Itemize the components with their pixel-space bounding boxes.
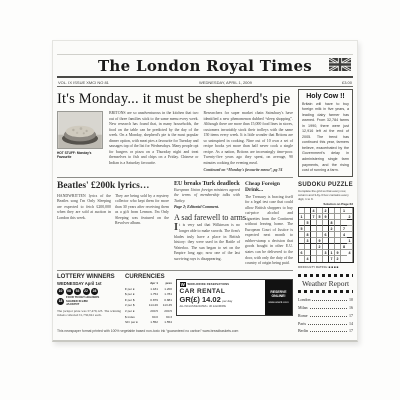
beatles-article: Beatles' £200k lyrics… HANDWRITTEN lyric… <box>57 181 169 267</box>
weather-border-top <box>298 274 353 277</box>
weather-temp: 10 <box>349 296 353 304</box>
weather-dot-leader <box>312 300 347 301</box>
weather-dot-leader <box>310 308 347 309</box>
lottery-ball: 22 <box>83 288 90 295</box>
weather-row: London 10 <box>298 296 353 304</box>
section-divider <box>57 177 293 178</box>
eu-headline: EU breaks Turk deadlock <box>174 181 240 188</box>
sudoku-box: SUDOKU PUZZLE Complete the grid so that … <box>298 182 353 272</box>
ad-logo-icon: W <box>180 282 187 288</box>
shepherds-pie-photo <box>57 111 103 149</box>
weather-dot-leader <box>310 331 347 332</box>
ad-price-unit: per day <box>222 299 232 303</box>
lottery-title: LOTTERY WINNERS <box>57 274 121 280</box>
beatles-column-2: They are being sold by a mystery collect… <box>115 194 169 227</box>
lottery-subtitle: WEDNESDAY April 1st <box>57 280 121 287</box>
lottery-bonus-ball: 18 <box>57 298 64 305</box>
union-jack-flag-icon <box>329 58 351 71</box>
lottery-box: LOTTERY WINNERS WEDNESDAY April 1st 10 0… <box>57 274 121 326</box>
holy-cow-title: Holy Cow !! <box>302 93 349 102</box>
lead-photo: HOT STUFF: Monday's Favourite <box>57 111 104 174</box>
newspaper-page: The London Royal Times VOL. IX ISSUE XMC… <box>52 40 358 342</box>
farewell-headline: A sad farewell to arms <box>174 212 240 224</box>
weather-city: London <box>298 296 310 304</box>
photo-caption: HOT STUFF: Monday's Favourite <box>57 149 104 159</box>
farewell-body: I t is very sad that Wilkinson is no lon… <box>174 223 240 262</box>
date: WEDNESDAY, APRIL 1, 2009 <box>199 80 252 85</box>
ad-title: CAR RENTAL <box>180 288 263 295</box>
price: £3.00 <box>342 80 352 85</box>
ad-price: GR(£) 14.02 <box>180 295 221 304</box>
currency-prev: 1.554 <box>158 320 172 326</box>
sudoku-title: SUDOKU PUZZLE <box>298 182 353 188</box>
ad-reserve-panel: RESERVE ONLINE! www.wwck.com <box>265 280 292 315</box>
eu-article: EU breaks Turk deadlock European Union f… <box>174 181 240 212</box>
lottery-ball: 08 <box>66 288 73 295</box>
ad-url: www.wwck.com <box>268 300 288 304</box>
sudoku-instructions: Complete the grid so that every row, col… <box>298 188 353 202</box>
currency-row: SFr per £ 1.552 1.554 <box>125 320 172 326</box>
farewell-text: t is very sad that Wilkinson is no longe… <box>174 223 240 260</box>
lottery-ball: 53 <box>74 288 81 295</box>
drink-headline: Cheap Foreign Drink... <box>245 181 293 195</box>
ad-small-print: ALL INCLUSIVE RATES • UK & EUROPE <box>180 304 263 308</box>
weather-temp: 17 <box>349 327 353 335</box>
beatles-column-1: HANDWRITTEN lyrics of the Beatles song I… <box>57 194 111 227</box>
weather-title: Weather Report <box>298 279 353 288</box>
weather-border-bottom <box>298 290 353 293</box>
holy-cow-box: Holy Cow !! Britain will have to buy for… <box>298 89 353 177</box>
currencies-title: CURRENCIES <box>125 274 172 282</box>
lead-headline: It's Monday... it must be shepherd's pie <box>57 89 293 111</box>
lottery-body: The jackpot prize was £7,479,123. The wi… <box>57 307 121 318</box>
weather-row: Rome 17 <box>298 312 353 320</box>
weather-row: Berlin 17 <box>298 327 353 335</box>
ad-reserve-text: RESERVE ONLINE! <box>266 290 291 298</box>
weather-city: Berlin <box>298 327 308 335</box>
weather-dot-leader <box>308 324 347 325</box>
farewell-article: A sad farewell to arms I t is very sad t… <box>174 212 240 262</box>
currency-label: SFr per £ <box>125 320 144 326</box>
sudoku-grid: 4 2 1 1 <box>298 207 354 263</box>
section-divider-2 <box>57 270 293 271</box>
eu-page-ref: Page 2; Editorial Comment. <box>174 204 240 212</box>
car-rental-ad: W WORLDWIDE RESERVATIONS CAR RENTAL GR(£… <box>176 279 293 316</box>
lead-column-2-text: Researchers for super market chain Sains… <box>204 111 294 165</box>
weather-city: Paris <box>298 320 306 328</box>
weather-temp: 16 <box>349 304 353 312</box>
lead-column-1: BRITONS are so unadventurous in the kitc… <box>109 111 199 174</box>
weather-temp: 17 <box>349 312 353 320</box>
ad-logo-text: WORLDWIDE RESERVATIONS <box>188 283 230 286</box>
lottery-ball: 10 <box>57 288 64 295</box>
weather-temp: 14 <box>349 320 353 328</box>
weather-rows: London 10 Milan 16 Rome <box>298 295 353 335</box>
weather-row: Paris 14 <box>298 320 353 328</box>
masthead: The London Royal Times <box>57 54 353 78</box>
lottery-ball: 28 <box>91 288 98 295</box>
lead-article: It's Monday... it must be shepherd's pie <box>57 89 293 174</box>
lottery-note: FOUR TICKET-HOLDERS SHARED IN £8M JACKPO… <box>66 296 100 306</box>
beatles-headline: Beatles' £200k lyrics… <box>57 181 169 194</box>
sudoku-cell <box>347 256 353 262</box>
holy-cow-body: Britain will have to buy foreign milk in… <box>302 102 349 174</box>
weather-box: Weather Report London 10 Milan <box>298 274 353 335</box>
drink-article: Cheap Foreign Drink... The Treasury is b… <box>245 181 293 267</box>
issue-info: VOL. IX ISSUE XMCI NO 81 <box>58 80 109 85</box>
weather-city: Milan <box>298 304 308 312</box>
continued-note: Continued on “Monday's favourite menu”, … <box>204 166 294 174</box>
currencies-rows: € per £ 1.181 1.200 $ per £ 1.754 1.781 <box>125 287 172 326</box>
newspaper-title: The London Royal Times <box>81 57 329 75</box>
sudoku-difficulty: DIFFICULTY RATING: ■ ■ ■ ■ <box>298 263 353 272</box>
currencies-box: CURRENCIES Apr 1 prev € per £ 1.181 1.20… <box>125 274 172 326</box>
weather-city: Rome <box>298 312 308 320</box>
drink-body: The Treasury is bracing itself for a leg… <box>245 195 293 267</box>
footer-fine-print: This newspaper format printed with 100% … <box>57 326 293 334</box>
weather-dot-leader <box>310 316 347 317</box>
weather-row: Milan 16 <box>298 304 353 312</box>
currency-apr: 1.552 <box>144 320 158 326</box>
lead-column-2: Researchers for super market chain Sains… <box>204 111 294 174</box>
dateline: VOL. IX ISSUE XMCI NO 81 WEDNESDAY, APRI… <box>57 78 353 87</box>
eu-body: European Union foreign ministers agreed … <box>174 188 240 204</box>
